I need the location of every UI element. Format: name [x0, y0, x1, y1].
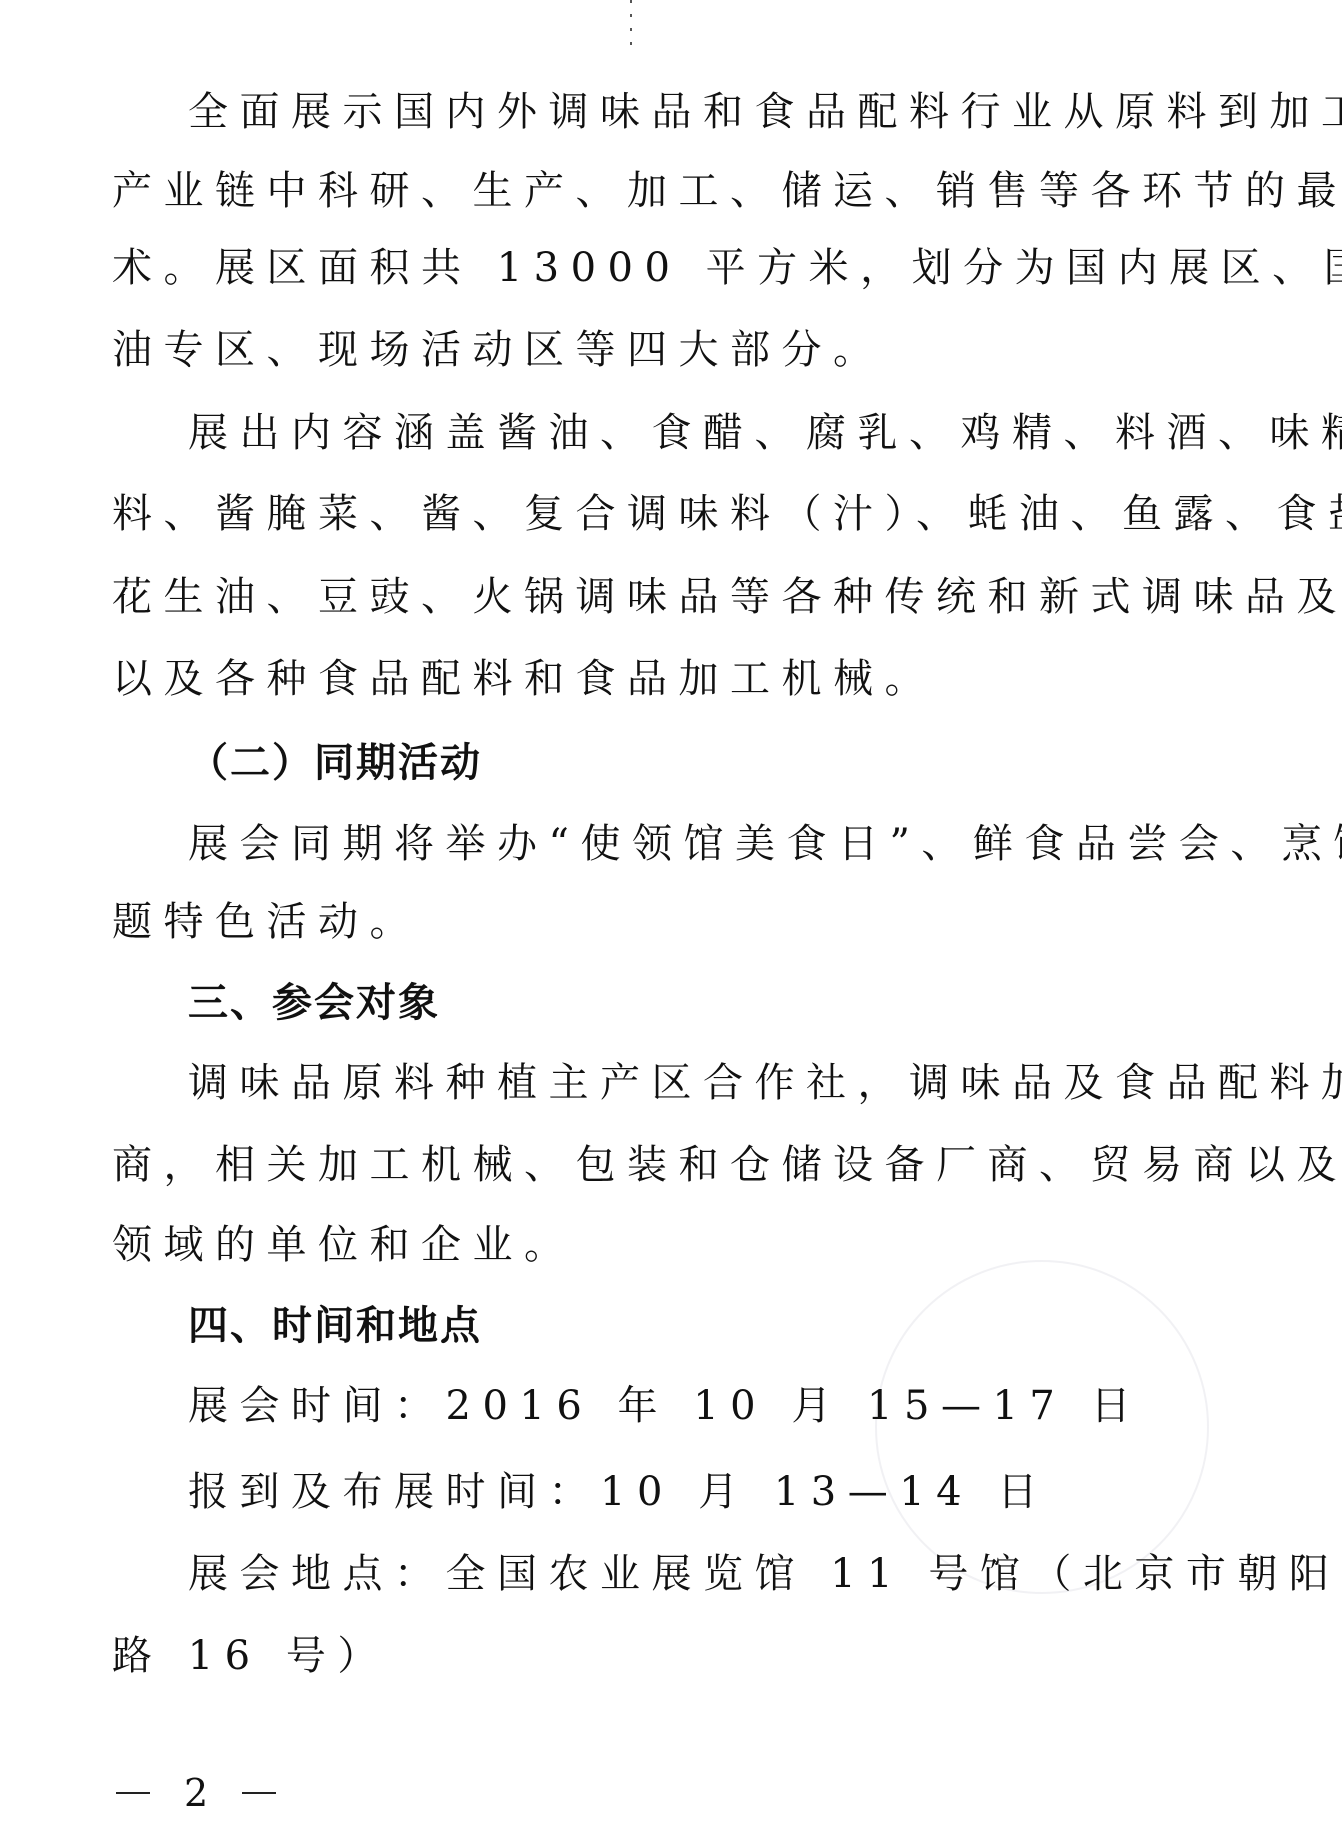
paragraph-exhibition-scope-line-4: 油专区、现场活动区等四大部分。: [112, 320, 1202, 380]
paragraph-exhibit-content-line-1: 展出内容涵盖酱油、食醋、腐乳、鸡精、料酒、味精、香辛调味: [188, 403, 1278, 463]
paragraph-exhibit-content-line-4: 以及各种食品配料和食品加工机械。: [112, 649, 1202, 709]
paragraph-concurrent-events-line-2: 题特色活动。: [112, 892, 1202, 952]
paragraph-exhibit-content-line-2: 料、酱腌菜、酱、复合调味料（汁）、蚝油、鱼露、食盐、食糖、色拉油、: [112, 484, 1202, 544]
registration-setup-time: 报到及布展时间：10 月 13—14 日: [188, 1462, 1278, 1522]
section-heading-time-and-place: 四、时间和地点: [188, 1296, 1278, 1356]
exhibition-location-line-2: 路 16 号）: [112, 1626, 1202, 1686]
page-number: 2: [116, 1770, 276, 1816]
paragraph-exhibition-scope-line-2: 产业链中科研、生产、加工、储运、销售等各环节的最新产品和技: [112, 161, 1202, 221]
exhibition-location-line-1: 展会地点：全国农业展览馆 11 号馆（北京市朝阳区东三环北: [188, 1544, 1278, 1604]
paragraph-concurrent-events-line-1: 展会同期将举办“使领馆美食日”、鲜食品尝会、烹饪大赛等主: [188, 814, 1278, 874]
scan-fold-mark: [630, 0, 632, 50]
paragraph-exhibition-scope-line-1: 全面展示国内外调味品和食品配料行业从原料到加工制品全: [188, 82, 1278, 142]
page-number-dash-right: [242, 1792, 276, 1794]
paragraph-participants-line-2: 商，相关加工机械、包装和仓储设备厂商、贸易商以及信息服务等: [112, 1135, 1202, 1195]
page-number-dash-left: [116, 1792, 150, 1794]
paragraph-exhibition-scope-line-3: 术。展区面积共 13000 平方米，划分为国内展区、国际展区、食用: [112, 238, 1202, 298]
section-heading-concurrent-events: （二）同期活动: [188, 733, 1278, 793]
paragraph-participants-line-3: 领域的单位和企业。: [112, 1215, 1202, 1275]
page-number-value: 2: [184, 1770, 208, 1816]
exhibition-time: 展会时间：2016 年 10 月 15—17 日: [188, 1376, 1278, 1436]
section-heading-participants: 三、参会对象: [188, 973, 1278, 1033]
paragraph-participants-line-1: 调味品原料种植主产区合作社，调味品及食品配料加工生产: [188, 1053, 1278, 1113]
document-page: 全面展示国内外调味品和食品配料行业从原料到加工制品全 产业链中科研、生产、加工、…: [0, 0, 1342, 1842]
paragraph-exhibit-content-line-3: 花生油、豆豉、火锅调味品等各种传统和新式调味品及相关食品，: [112, 567, 1202, 627]
